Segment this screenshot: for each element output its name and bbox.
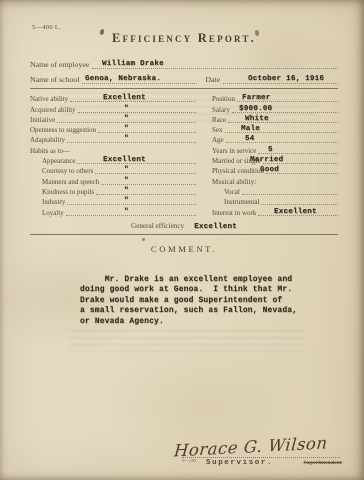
document-page: 5—400 L. Efficiency Report. Name of empl…	[0, 0, 364, 480]
rating-group-heading: Habits as to—	[30, 144, 196, 154]
rating-label: Courtesy to others	[42, 167, 95, 175]
section-divider	[30, 234, 338, 235]
form-number: 5—400 L.	[32, 24, 61, 31]
rating-row: Acquired ability "	[30, 103, 196, 113]
rating-value: "	[124, 208, 129, 216]
rating-row: Vocal	[212, 186, 338, 196]
dotted-leader	[101, 183, 196, 185]
rating-value: "	[124, 105, 129, 113]
rating-row: Kindness to pupils "	[30, 186, 196, 196]
comment-text: Mr. Drake is an excellent employee and d…	[80, 275, 298, 328]
rating-label: Native ability	[30, 95, 70, 103]
rating-label: Manners and speech	[42, 178, 101, 186]
signer-title: Supervisor.	[206, 459, 273, 467]
rating-row: Years in service 5	[212, 144, 338, 154]
rating-label: Age	[212, 136, 226, 144]
rating-row: Adaptability "	[30, 134, 196, 144]
general-efficiency-row: General efficiency Excellent	[30, 218, 338, 230]
rating-row: Married or single Married	[212, 155, 338, 165]
rating-row: Courtesy to others "	[30, 165, 196, 175]
rating-label: Physical condition	[212, 167, 266, 175]
rating-row: Manners and speech "	[30, 175, 196, 185]
rating-label: Initiative	[30, 116, 57, 124]
struck-out-title: Superintendent	[304, 460, 342, 466]
ratings-section: Native ability Excellent Acquired abilit…	[30, 93, 338, 217]
comment-heading: COMMENT.	[30, 244, 338, 254]
dotted-leader	[78, 111, 196, 113]
rating-value: "	[124, 177, 129, 185]
signature-form-number: 6—289	[182, 459, 196, 464]
employee-name-label: Name of employee	[30, 60, 92, 69]
rating-value: Married	[250, 156, 283, 164]
rating-label: Years in service	[212, 147, 258, 155]
rating-value: $900.00	[239, 105, 272, 113]
rating-row: Instrumental	[212, 196, 338, 206]
general-efficiency-value: Excellent	[194, 223, 237, 231]
rating-label: Interest in work	[212, 209, 258, 217]
rating-value: Farmer	[242, 94, 271, 102]
rating-row: Age 54	[212, 134, 338, 144]
page-title: Efficiency Report.	[30, 31, 338, 46]
rating-value: Good	[260, 166, 279, 174]
rating-label: Acquired ability	[30, 106, 78, 114]
rating-row: Appearance Excellent	[30, 155, 196, 165]
dotted-leader	[95, 172, 196, 174]
rating-label: Openness to suggestion	[30, 126, 98, 134]
rating-label: Race	[212, 116, 228, 124]
employee-name-row: Name of employee William Drake	[30, 55, 338, 69]
rating-group-heading: Musical ability:	[212, 175, 338, 185]
school-date-row: Name of school Genoa, Nebraska. Date Oct…	[30, 70, 338, 84]
dotted-leader	[226, 141, 338, 143]
rating-row: Race White	[212, 114, 338, 124]
rating-value: 54	[245, 135, 255, 143]
employee-name-value: William Drake	[102, 60, 164, 68]
rating-value: Excellent	[103, 156, 146, 164]
rating-label: Sex	[212, 126, 225, 134]
rating-row: Interest in work Excellent	[212, 206, 338, 216]
ratings-right-column: Position Farmer Salary $900.00 Race Whit…	[212, 93, 338, 217]
dotted-leader	[96, 193, 196, 195]
dotted-leader	[67, 141, 196, 143]
rating-value: "	[124, 125, 129, 133]
rating-label: Appearance	[42, 157, 77, 165]
rating-value: Excellent	[274, 208, 317, 216]
general-efficiency-label: General efficiency	[131, 222, 184, 230]
rating-row: Salary $900.00	[212, 103, 338, 113]
dotted-leader	[261, 203, 338, 205]
school-label: Name of school	[30, 75, 82, 84]
rating-value: Male	[241, 125, 260, 133]
rating-label: Vocal	[224, 188, 242, 196]
date-value: October 16, 1916	[248, 75, 324, 83]
rating-row: Physical condition Good	[212, 165, 338, 175]
rating-label: Salary	[212, 106, 232, 114]
rating-value: "	[124, 166, 129, 174]
dotted-leader	[66, 214, 196, 216]
date-label: Date	[197, 75, 223, 84]
rating-label: Instrumental	[224, 198, 261, 206]
signature-block: Horace G. Wilson 6—289 Supervisor. Super…	[182, 456, 340, 468]
rating-label: Musical ability:	[212, 178, 258, 186]
rating-label: Habits as to—	[30, 147, 72, 155]
rating-label: Kindness to pupils	[42, 188, 96, 196]
rating-value: 5	[268, 146, 273, 154]
school-value: Genoa, Nebraska.	[85, 75, 161, 83]
rating-label: Loyalty	[42, 209, 66, 217]
spacer	[72, 153, 196, 154]
dotted-leader	[98, 131, 196, 133]
rating-label: Industry	[42, 198, 67, 206]
rating-row: Sex Male	[212, 124, 338, 134]
ink-bleedthrough	[70, 330, 304, 352]
rating-value: "	[124, 197, 129, 205]
rating-row: Position Farmer	[212, 93, 338, 103]
rating-label: Position	[212, 95, 237, 103]
rating-row: Native ability Excellent	[30, 93, 196, 103]
rating-value: Excellent	[103, 94, 146, 102]
form-content: 5—400 L. Efficiency Report. Name of empl…	[30, 20, 338, 328]
rating-value: "	[124, 187, 129, 195]
rating-label: Adaptability	[30, 136, 67, 144]
rating-row: Industry "	[30, 196, 196, 206]
rating-row: Openness to suggestion "	[30, 124, 196, 134]
signature-caption-row: 6—289 Supervisor. Superintendent	[182, 458, 340, 468]
rating-value: White	[245, 115, 269, 123]
rating-row: Loyalty "	[30, 206, 196, 216]
dotted-leader	[242, 193, 338, 195]
rating-value: "	[124, 135, 129, 143]
rating-value: "	[124, 115, 129, 123]
section-divider	[30, 88, 338, 89]
ratings-left-column: Native ability Excellent Acquired abilit…	[30, 93, 196, 217]
rating-row: Initiative "	[30, 114, 196, 124]
dotted-leader	[67, 203, 196, 205]
spacer	[258, 184, 338, 185]
